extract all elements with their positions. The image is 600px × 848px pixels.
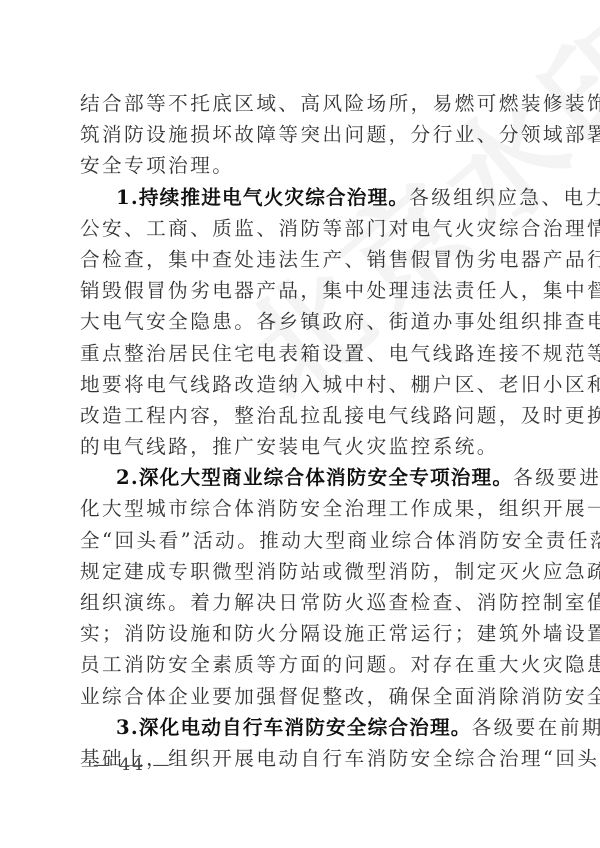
text-line: 业综合体企业要加强督促整改，确保全面消除消防安全隐患。 <box>80 681 522 712</box>
text-line: 合检查，集中查处违法生产、销售假冒伪劣电器产品行为，集中 <box>80 244 522 275</box>
text-line: 筑消防设施损坏故障等突出问题，分行业、分领域部署开展消防 <box>80 119 522 150</box>
text-span: 各级要在前期治理的 <box>472 716 600 739</box>
section-heading-line: 2.深化大型商业综合体消防安全专项治理。各级要进一步固 <box>80 462 522 493</box>
text-line: 的电气线路，推广安装电气火灾监控系统。 <box>80 431 522 462</box>
text-line: 组织演练。着力解决日常防火巡查检查、消防控制室值班制度落 <box>80 587 522 618</box>
section-heading-line: 3.深化电动自行车消防安全综合治理。各级要在前期治理的 <box>80 712 522 743</box>
body-text: 结合部等不托底区域、高风险场所，易燃可燃装修装饰材料、建 筑消防设施损坏故障等突… <box>80 88 522 774</box>
text-span: 各级组织应急、电力、住建、 <box>409 186 600 209</box>
text-line: 安全专项治理。 <box>80 150 522 181</box>
section-heading-2: 2.深化大型商业综合体消防安全专项治理。 <box>116 466 513 489</box>
section-heading-1: 1.持续推进电气火灾综合治理。 <box>116 186 409 209</box>
text-line: 全“回头看”活动。推动大型商业综合体消防安全责任落实，按 <box>80 525 522 556</box>
section-heading-3: 3.深化电动自行车消防安全综合治理。 <box>116 716 472 739</box>
section-heading-line: 1.持续推进电气火灾综合治理。各级组织应急、电力、住建、 <box>80 182 522 213</box>
text-line: 公安、工商、质监、消防等部门对电气火灾综合治理情况开展联 <box>80 213 522 244</box>
document-page: 北京水印 结合部等不托底区域、高风险场所，易燃可燃装修装饰材料、建 筑消防设施损… <box>0 0 600 848</box>
text-line: 重点整治居民住宅电表箱设置、电气线路连接不规范等问题。各 <box>80 338 522 369</box>
text-line: 大电气安全隐患。各乡镇政府、街道办事处组织排查电气线路， <box>80 306 522 337</box>
text-line: 销毁假冒伪劣电器产品，集中处理违法责任人，集中督促整改重 <box>80 275 522 306</box>
page-number: — 44 — <box>93 755 171 775</box>
text-line: 结合部等不托底区域、高风险场所，易燃可燃装修装饰材料、建 <box>80 88 522 119</box>
text-line: 员工消防安全素质等方面的问题。对存在重大火灾隐患的大型商 <box>80 649 522 680</box>
text-line: 改造工程内容，整治乱拉乱接电气线路问题，及时更换老化损坏 <box>80 400 522 431</box>
text-line: 化大型城市综合体消防安全治理工作成果，组织开展一次消防安 <box>80 493 522 524</box>
text-line: 规定建成专职微型消防站或微型消防，制定灭火应急疏散预案并 <box>80 556 522 587</box>
text-line: 地要将电气线路改造纳入城中村、棚户区、老旧小区和农村规划 <box>80 369 522 400</box>
text-line: 实；消防设施和防火分隔设施正常运行；建筑外墙设置是否违规， <box>80 618 522 649</box>
text-span: 各级要进一步固 <box>513 466 600 489</box>
